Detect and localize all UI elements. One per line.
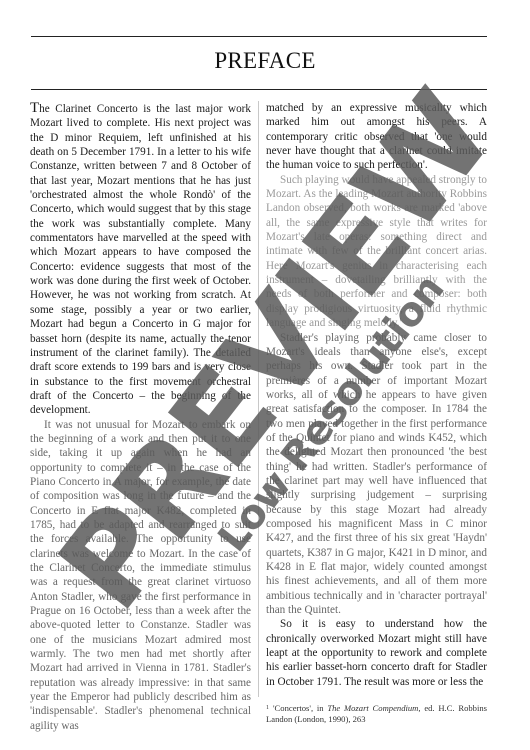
right-paragraph-4: So it is easy to understand how the chro…	[266, 617, 487, 689]
column-divider	[258, 101, 259, 697]
left-paragraph-1: The Clarinet Concerto is the last major …	[30, 101, 251, 418]
footnote-book-title: The Mozart Compendium	[327, 703, 418, 713]
left-column: The Clarinet Concerto is the last major …	[30, 101, 251, 733]
right-paragraph-3: Stadler's playing probably came closer t…	[266, 331, 487, 618]
drop-initial: T	[30, 100, 39, 116]
left-paragraph-1-text: he Clarinet Concerto is the last major w…	[30, 103, 251, 416]
left-paragraph-2: It was not unusual for Mozart to embark …	[30, 418, 251, 734]
title-bottom-rule	[31, 89, 487, 90]
footnote: 1'Concertos', in The Mozart Compendium, …	[266, 703, 487, 725]
page-title: PREFACE	[0, 48, 530, 74]
right-paragraph-1: matched by an expressive musicality whic…	[266, 101, 487, 173]
footnote-text-before: 'Concertos', in	[273, 703, 327, 713]
right-paragraph-2: Such playing would have appealed strongl…	[266, 173, 487, 331]
right-column: matched by an expressive musicality whic…	[266, 101, 487, 689]
top-rule	[31, 36, 487, 37]
footnote-marker: 1	[266, 705, 269, 711]
